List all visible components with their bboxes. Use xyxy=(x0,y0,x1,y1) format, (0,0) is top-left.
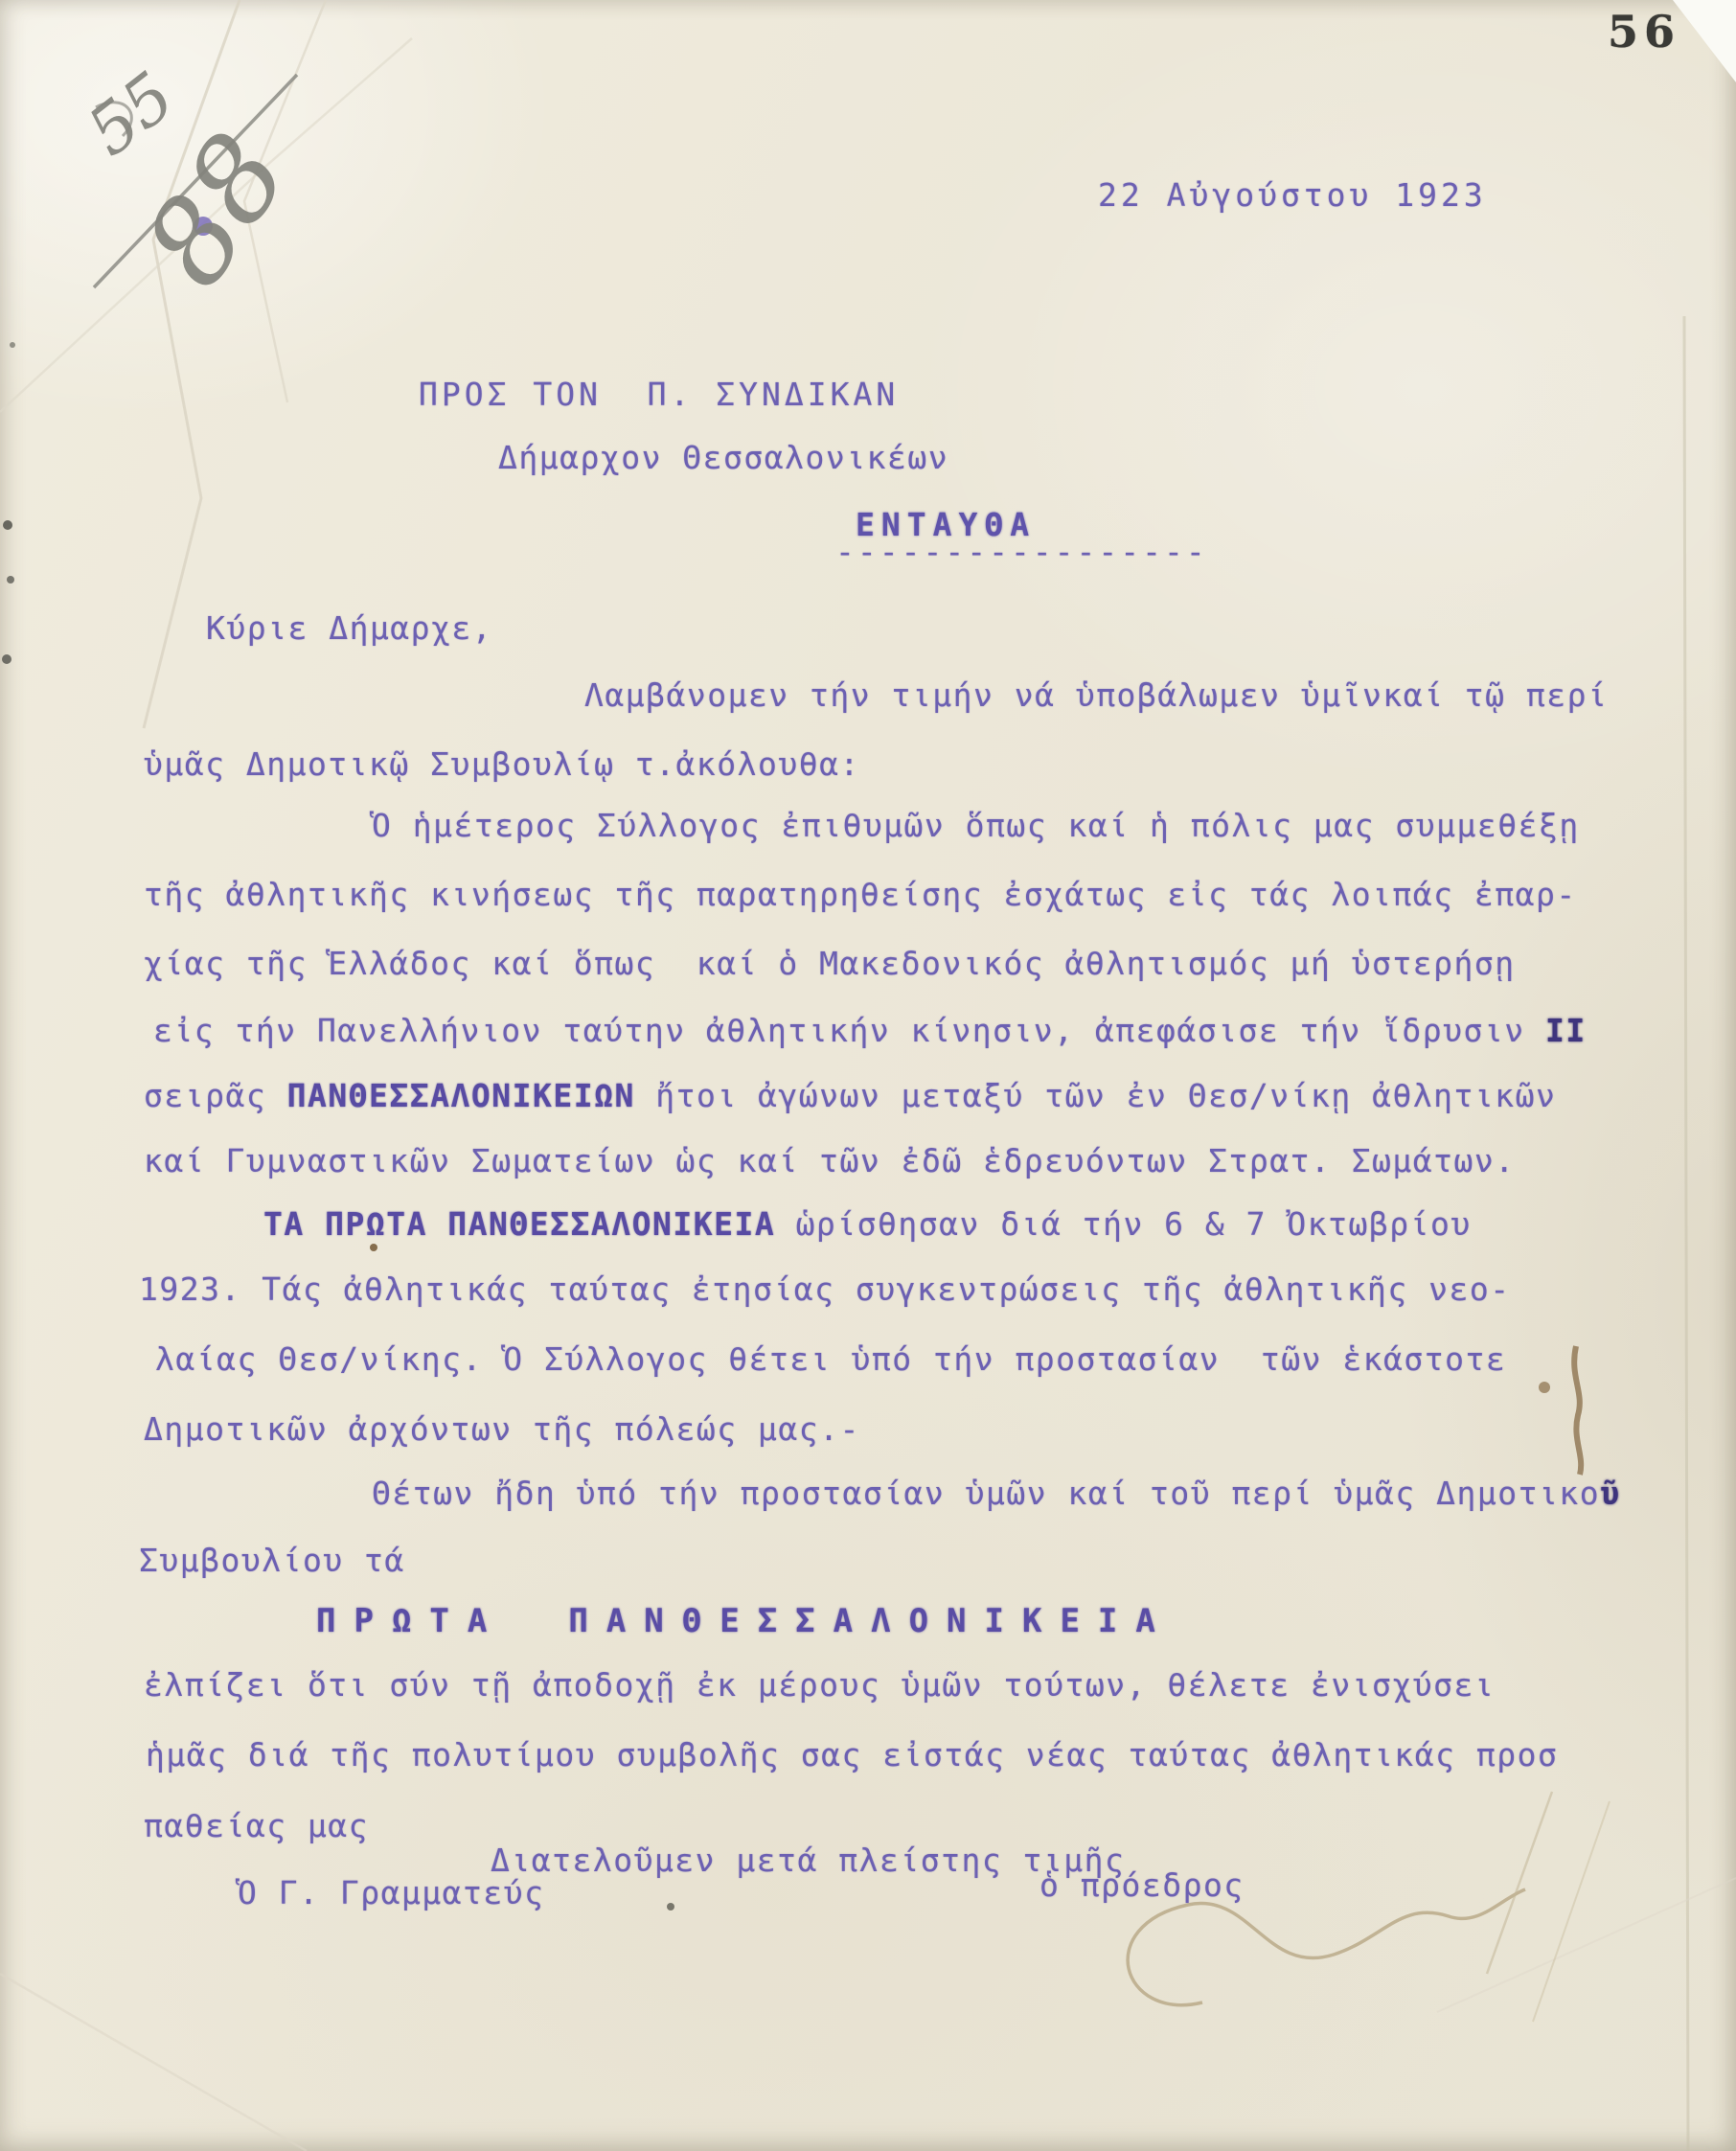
letter-date: 22 Αὐγούστου 1923 xyxy=(1098,176,1487,214)
emphasized-text: ΠΑΝΘΕΣΣΑΛΟΝΙΚΕΙΩΝ xyxy=(287,1077,635,1114)
recipient-line: Δήμαρχον Θεσσαλονικέων xyxy=(498,439,948,476)
body-line: Ὁ ἡμέτερος Σύλλογος ἐπιθυμῶν ὅπως καί ἡ … xyxy=(372,807,1580,844)
speck xyxy=(370,1244,377,1251)
body-line: χίας τῆς Ἑλλάδος καί ὅπως καί ὁ Μακεδονι… xyxy=(144,945,1516,982)
speck xyxy=(10,342,15,348)
emphasized-text: ΤΑ ΠΡΩΤΑ ΠΑΝΘΕΣΣΑΛΟΝΙΚΕΙΑ xyxy=(263,1205,796,1243)
body-line: ὑμᾶς Δημοτικῷ Συμβουλίῳ τ.ἀκόλουθα: xyxy=(144,745,860,783)
closing-formula: Διατελοῦμεν μετά πλείστης τιμῆς xyxy=(491,1842,1125,1879)
ink-stain xyxy=(1539,1382,1550,1393)
body-line: λαίας Θεσ/νίκης. Ὁ Σύλλογος θέτει ὑπό τή… xyxy=(155,1340,1506,1378)
speck xyxy=(667,1903,674,1911)
president-signature xyxy=(1128,1889,1525,2005)
body-line: 1923. Τάς ἀθλητικάς ταύτας ἐτησίας συγκε… xyxy=(139,1270,1511,1308)
body-text: εἰς τήν Πανελλήνιον ταύτην ἀθλητικήν κίν… xyxy=(153,1012,1545,1049)
body-line: ἐλπίζει ὅτι σύν τῇ ἀποδοχῇ ἐκ μέρους ὑμῶ… xyxy=(144,1666,1495,1704)
body-line: ΤΑ ΠΡΩΤΑ ΠΑΝΘΕΣΣΑΛΟΝΙΚΕΙΑ ὡρίσθησαν διά … xyxy=(263,1205,1472,1243)
recipient-line: ΠΡΟΣ ΤΟΝ Π. ΣΥΝΔΙΚΑΝ xyxy=(419,376,899,413)
body-text: Θέτων ἤδη ὑπό τήν προστασίαν ὑμῶν καί το… xyxy=(372,1475,1600,1512)
body-line: Δημοτικῶν ἀρχόντων τῆς πόλεώς μας.- xyxy=(144,1410,860,1448)
body-line: Θέτων ἤδη ὑπό τήν προστασίαν ὑμῶν καί το… xyxy=(372,1475,1620,1512)
scanned-letter-page: 56 55 88 22 Αὐγούστου 1923 ΠΡΟΣ ΤΟΝ Π. Σ… xyxy=(0,0,1736,2151)
secretary-title: Ὁ Γ. Γραμματεύς xyxy=(238,1874,545,1911)
pencil-stroke xyxy=(1487,1792,1552,1974)
body-line: ἡμᾶς διά τῆς πολυτίμου συμβολῆς σας εἰστ… xyxy=(146,1736,1558,1773)
body-line: Συμβουλίου τά xyxy=(139,1542,405,1579)
corner-cut xyxy=(1673,0,1736,82)
page-number-stamp: 56 xyxy=(1608,6,1680,57)
body-line: εἰς τήν Πανελλήνιον ταύτην ἀθλητικήν κίν… xyxy=(153,1012,1587,1049)
president-title: ὁ πρόεδρος xyxy=(1039,1866,1245,1904)
body-text: σειρᾶς xyxy=(144,1077,287,1114)
letter-heading: ΠΡΩΤΑΠΑΝΘΕΣΣΑΛΟΝΙΚΕΙΑ xyxy=(316,1602,1174,1640)
body-text: ἤτοι ἀγώνων μεταξύ τῶν ἐν Θεσ/νίκῃ ἀθλητ… xyxy=(635,1077,1557,1114)
heading-word: ΠΑΝΘΕΣΣΑΛΟΝΙΚΕΙΑ xyxy=(568,1602,1174,1640)
pencil-stroke xyxy=(1533,1801,1610,2022)
speck xyxy=(3,520,12,530)
overstruck-text: ΙΙ xyxy=(1545,1012,1587,1049)
speck xyxy=(2,654,11,664)
body-line: σειρᾶς ΠΑΝΘΕΣΣΑΛΟΝΙΚΕΙΩΝ ἤτοι ἀγώνων μετ… xyxy=(144,1077,1556,1114)
body-line: τῆς ἀθλητικῆς κινήσεως τῆς παρατηρηθείση… xyxy=(144,876,1577,913)
heading-word: ΠΡΩΤΑ xyxy=(316,1602,505,1640)
body-text: ὡρίσθησαν διά τήν 6 & 7 Ὀκτωβρίου xyxy=(796,1205,1472,1243)
body-line: παθείας μας xyxy=(144,1807,369,1844)
crease-line xyxy=(0,1974,307,2151)
ink-stain xyxy=(1574,1346,1581,1475)
salutation: Κύριε Δήμαρχε, xyxy=(206,609,492,647)
speck xyxy=(7,576,14,584)
body-line: καί Γυμναστικῶν Σωματείων ὡς καί τῶν ἐδῶ… xyxy=(144,1142,1516,1179)
overstruck-text: ῦ xyxy=(1600,1475,1620,1512)
body-line: Λαμβάνομεν τήν τιμήν νά ὑποβάλωμεν ὑμῖνκ… xyxy=(584,676,1608,714)
crease-line xyxy=(1684,316,1688,2151)
divider-dashes: ----------------- xyxy=(835,533,1208,570)
crease-line xyxy=(1437,1878,1736,2012)
